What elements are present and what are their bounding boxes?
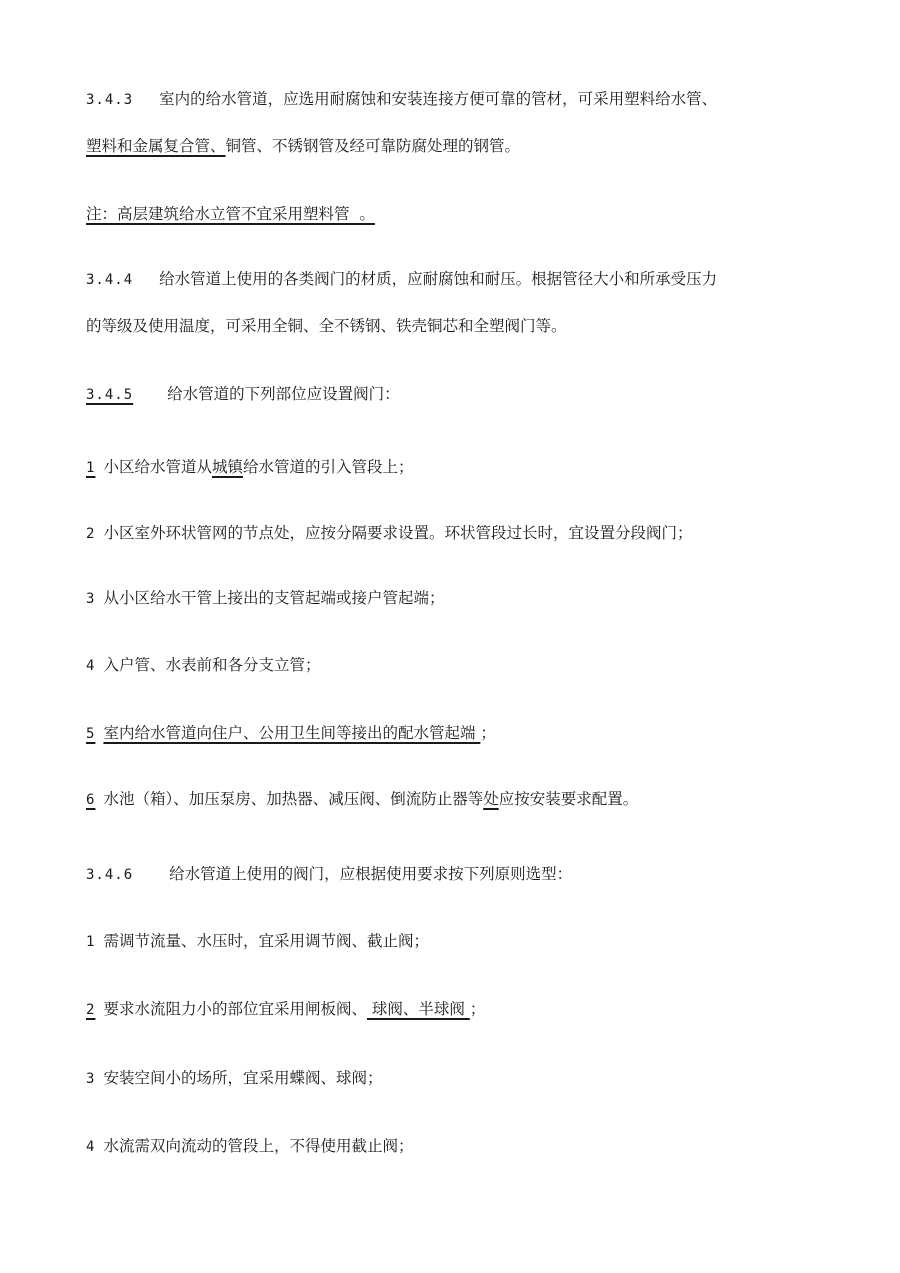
clause-text: 给水管道上使用的阀门，应根据使用要求按下列原则选型： <box>169 865 572 883</box>
clause-text: 给水管道的下列部位应设置阀门： <box>167 385 400 403</box>
clause-3-4-3-line-2: 塑料和金属复合管、铜管、不锈钢管及经可靠防腐处理的钢管。 <box>86 135 520 157</box>
list-item-6: 6水池（箱）、加压泵房、加热器、减压阀、倒流防止器等处应按安装要求配置。 <box>86 788 638 811</box>
valve-rule-2: 2要求水流阻力小的部位宜采用闸板阀、 球阀、半球阀 ； <box>86 998 485 1021</box>
item-text: 需调节流量、水压时，宜采用调节阀、截止阀； <box>103 932 429 950</box>
item-number: 4 <box>86 1139 95 1155</box>
list-item-1: 1小区给水管道从城镇给水管道的引入管段上； <box>86 456 413 479</box>
clause-3-4-5-heading: 3.4.5给水管道的下列部位应设置阀门： <box>86 383 400 406</box>
item-number: 3 <box>86 591 95 607</box>
clause-3-4-4-line-2: 的等级及使用温度，可采用全铜、全不锈钢、铁壳铜芯和全塑阀门等。 <box>86 315 567 337</box>
item-number: 3 <box>86 1071 95 1087</box>
item-text: 入户管、水表前和各分支立管； <box>103 656 320 674</box>
underlined-text: 室内给水管道向住户、公用卫生间等接出的配水管起端 <box>103 724 480 742</box>
item-text: 小区给水管道从 <box>103 458 212 476</box>
item-number: 1 <box>86 934 95 950</box>
item-text: 安装空间小的场所，宜采用蝶阀、球阀； <box>103 1069 382 1087</box>
list-item-5: 5室内给水管道向住户、公用卫生间等接出的配水管起端 ； <box>86 722 496 745</box>
clause-text: 室内的给水管道，应选用耐腐蚀和安装连接方便可靠的管材，可采用塑料给水管、 <box>159 90 717 108</box>
underlined-text: 城镇 <box>212 458 243 476</box>
clause-3-4-3-line-1: 3.4.3室内的给水管道，应选用耐腐蚀和安装连接方便可靠的管材，可采用塑料给水管… <box>86 88 717 111</box>
item-text: ； <box>480 724 496 742</box>
clause-3-4-6-heading: 3.4.6给水管道上使用的阀门，应根据使用要求按下列原则选型： <box>86 863 572 886</box>
valve-rule-3: 3安装空间小的场所，宜采用蝶阀、球阀； <box>86 1067 382 1090</box>
clause-3-4-4-line-1: 3.4.4给水管道上使用的各类阀门的材质，应耐腐蚀和耐压。根据管径大小和所承受压… <box>86 268 717 291</box>
item-number: 1 <box>86 460 103 476</box>
clause-number: 3.4.6 <box>86 867 133 883</box>
item-text: 小区室外环状管网的节点处，应按分隔要求设置。环状管段过长时，宜设置分段阀门； <box>103 524 692 542</box>
clause-text: 的等级及使用温度，可采用全铜、全不锈钢、铁壳铜芯和全塑阀门等。 <box>86 317 567 335</box>
note-text: 注：高层建筑给水立管不宜采用塑料管 。 <box>86 205 393 223</box>
underlined-text: 处 <box>483 790 499 808</box>
clause-text: 给水管道上使用的各类阀门的材质，应耐腐蚀和耐压。根据管径大小和所承受压力 <box>159 270 717 288</box>
list-item-4: 4入户管、水表前和各分支立管； <box>86 654 320 677</box>
item-text: 水池（箱）、加压泵房、加热器、减压阀、倒流防止器等 <box>103 790 483 808</box>
item-number: 2 <box>86 1002 103 1018</box>
clause-number: 3.4.3 <box>86 92 133 108</box>
underlined-text: 球阀、半球阀 <box>367 1000 470 1018</box>
item-text: 从小区给水干管上接出的支管起端或接户管起端； <box>103 589 444 607</box>
valve-rule-1: 1需调节流量、水压时，宜采用调节阀、截止阀； <box>86 930 429 953</box>
item-number: 2 <box>86 526 95 542</box>
list-item-3: 3从小区给水干管上接出的支管起端或接户管起端； <box>86 587 444 610</box>
item-text: 应按安装要求配置。 <box>499 790 639 808</box>
clause-text: 铜管、不锈钢管及经可靠防腐处理的钢管。 <box>226 137 521 155</box>
item-number: 5 <box>86 726 95 742</box>
list-item-2: 2小区室外环状管网的节点处，应按分隔要求设置。环状管段过长时，宜设置分段阀门； <box>86 522 692 545</box>
item-text: 要求水流阻力小的部位宜采用闸板阀、 <box>103 1000 367 1018</box>
item-text: ； <box>470 1000 486 1018</box>
clause-number: 3.4.4 <box>86 272 133 288</box>
item-text: 水流需双向流动的管段上，不得使用截止阀； <box>103 1137 413 1155</box>
underlined-text: 塑料和金属复合管、 <box>86 137 226 155</box>
item-text: 给水管道的引入管段上； <box>243 458 414 476</box>
item-number: 6 <box>86 792 103 808</box>
valve-rule-4: 4水流需双向流动的管段上，不得使用截止阀； <box>86 1135 413 1158</box>
item-number: 4 <box>86 658 95 674</box>
note-line: 注：高层建筑给水立管不宜采用塑料管 。 <box>86 203 393 225</box>
clause-number: 3.4.5 <box>86 387 137 403</box>
